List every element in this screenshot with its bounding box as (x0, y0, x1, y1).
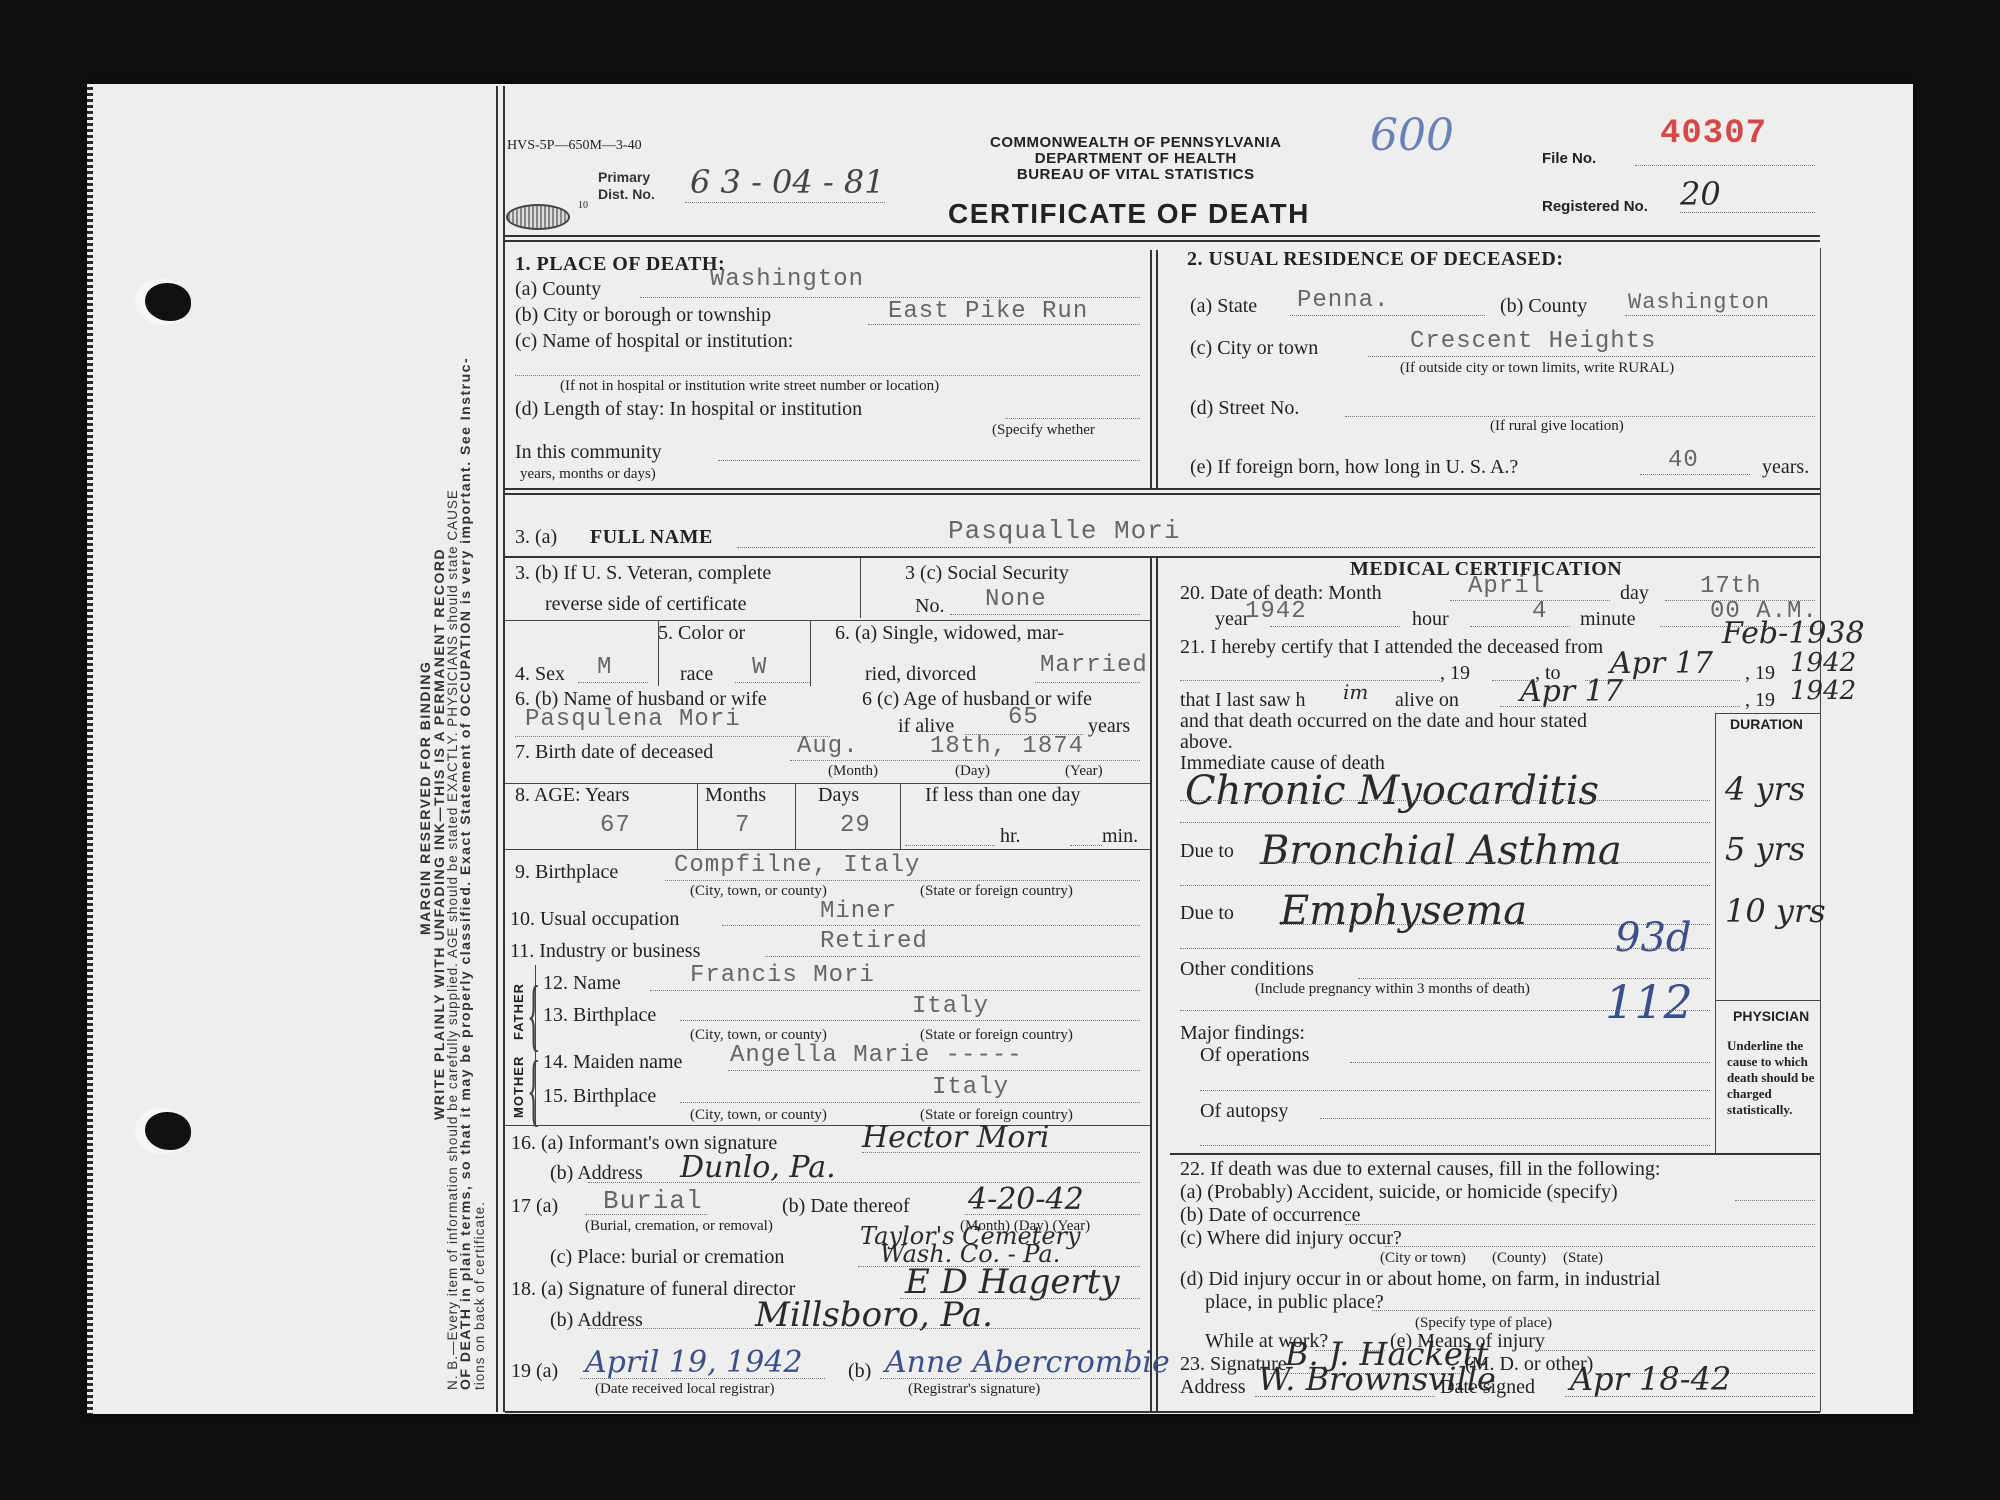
veteran-label-1: 3. (b) If U. S. Veteran, complete (515, 562, 771, 585)
less-day-label: If less than one day (925, 784, 1081, 807)
immediate-dots-2 (1180, 822, 1710, 823)
stay-dots (1005, 418, 1140, 419)
father-name-dots (650, 990, 1140, 991)
registered-no: 20 (1680, 175, 1721, 213)
birth-label: 7. Birth date of deceased (515, 741, 713, 764)
immediate-dots-1 (1180, 800, 1710, 801)
physician-note: Underline the cause to which death shoul… (1727, 1038, 1817, 1118)
occupation-value[interactable]: Miner (820, 898, 897, 925)
nineteen-label: , 19 (1440, 662, 1470, 685)
death-hour-label: hour (1412, 608, 1449, 631)
county-label: (a) County (515, 278, 601, 301)
registered-no-dots (1680, 212, 1815, 213)
race-divider (810, 620, 811, 686)
burial-date-dots (965, 1214, 1140, 1215)
res-city-label: (c) City or town (1190, 337, 1318, 360)
operations-dots-2 (1200, 1090, 1710, 1091)
mother-city-note: (City, town, or county) (690, 1107, 827, 1124)
birth-month-note: (Month) (828, 763, 878, 780)
due-to-1-dots (1260, 862, 1710, 863)
spouse-age-unit: years (1088, 715, 1130, 738)
date-signed-label: Date signed (1440, 1376, 1535, 1399)
form-right-border (1820, 248, 1821, 1412)
res-state-dots (1290, 315, 1485, 316)
autopsy-dots (1320, 1118, 1710, 1119)
burial-date[interactable]: 4-20-42 (968, 1182, 1084, 1217)
last-saw-dots (1500, 706, 1740, 707)
burial-date-label: (b) Date thereof (782, 1195, 910, 1218)
operations-dots (1350, 1062, 1710, 1063)
mother-name-label: 14. Maiden name (543, 1051, 682, 1074)
full-name-value[interactable]: Pasqualle Mori (948, 516, 1180, 546)
father-brace: { (527, 975, 540, 1055)
attended-to-19: , 19 (1745, 662, 1775, 685)
res-city-dots (1368, 356, 1815, 357)
primary-dist-dots (685, 202, 885, 203)
res-foreign-label: (e) If foreign born, how long in U. S. A… (1190, 456, 1518, 479)
birthplace-state-note: (State or foreign country) (920, 883, 1073, 900)
divider-top (1150, 250, 1158, 490)
last-saw-pronoun[interactable]: im (1343, 680, 1368, 704)
informant-sig-dots (862, 1152, 1140, 1153)
attended-to-year[interactable]: 1942 (1790, 648, 1856, 678)
place-of-death-heading: 1. PLACE OF DEATH: (515, 253, 725, 276)
registrar-date[interactable]: April 19, 1942 (585, 1345, 803, 1380)
mother-birthplace-label: 15. Birthplace (543, 1085, 656, 1108)
seal-number: 10 (578, 200, 588, 211)
operations-label: Of operations (1200, 1044, 1309, 1067)
birth-year-note: (Year) (1065, 763, 1103, 780)
alive-on-label: alive on (1395, 689, 1459, 712)
other-conditions-note: (Include pregnancy within 3 months of de… (1255, 981, 1530, 998)
mother-birthplace-dots (680, 1102, 1140, 1103)
external-a-dots (1735, 1200, 1815, 1201)
community-label: In this community (515, 441, 662, 464)
veteran-label-2: reverse side of certificate (545, 593, 747, 616)
disposition-note: (Burial, cremation, or removal) (585, 1218, 773, 1235)
external-c-label: (c) Where did injury occur? (1180, 1227, 1402, 1250)
due-to-1[interactable]: Bronchial Asthma (1260, 828, 1622, 874)
means-dots (1540, 1350, 1815, 1351)
certify-label: 21. I hereby certify that I attended the… (1180, 636, 1603, 659)
md-address-dots (1255, 1396, 1435, 1397)
ss-value[interactable]: None (985, 586, 1047, 613)
autopsy-dots-2 (1200, 1145, 1710, 1146)
registrar-label: 19 (a) (511, 1360, 558, 1383)
director-sig-label: 18. (a) Signature of funeral director (511, 1278, 795, 1301)
external-b-dots (1345, 1224, 1815, 1225)
perforated-edge (87, 84, 93, 1414)
due-to-2-duration[interactable]: 10 yrs (1725, 892, 1826, 930)
binding-hole-top (145, 283, 191, 321)
res-city-value[interactable]: Crescent Heights (1410, 328, 1656, 355)
res-county-label: (b) County (1500, 295, 1587, 318)
city-value[interactable]: East Pike Run (888, 298, 1088, 325)
father-birthplace-dots (680, 1020, 1140, 1021)
death-month[interactable]: April (1468, 573, 1545, 600)
res-street-label: (d) Street No. (1190, 397, 1299, 420)
occupation-label: 10. Usual occupation (510, 908, 679, 931)
death-minute-label: minute (1580, 608, 1636, 631)
immediate-duration[interactable]: 4 yrs (1725, 770, 1805, 808)
external-a-label: (a) (Probably) Accident, suicide, or hom… (1180, 1181, 1618, 1204)
birth-day-year[interactable]: 18th, 1874 (930, 733, 1084, 760)
min-label: min. (1102, 825, 1138, 848)
mother-name-value[interactable]: Angella Marie ----- (730, 1042, 1023, 1069)
sex-dots (578, 682, 648, 683)
date-signed-dots (1565, 1396, 1815, 1397)
death-year-dots (1270, 626, 1400, 627)
marital-value[interactable]: Married (1040, 652, 1148, 679)
duration-divider (1715, 713, 1716, 1153)
res-city-note: (If outside city or town limits, write R… (1400, 360, 1674, 377)
industry-value[interactable]: Retired (820, 928, 928, 955)
rule-informant (505, 1125, 1150, 1126)
death-day[interactable]: 17th (1700, 573, 1762, 600)
marital-label-1: 6. (a) Single, widowed, mar- (835, 622, 1064, 645)
due-to-1-duration[interactable]: 5 yrs (1725, 830, 1805, 868)
handwritten-600: 600 (1370, 110, 1454, 161)
header-rule (505, 235, 1820, 242)
burial-place-label: (c) Place: burial or cremation (550, 1246, 784, 1269)
ss-dots (950, 614, 1140, 615)
registrar-signature[interactable]: Anne Abercrombie (885, 1345, 1170, 1380)
death-year[interactable]: 1942 (1245, 598, 1307, 625)
last-saw-date[interactable]: Apr 17 (1520, 674, 1623, 709)
informant-address[interactable]: Dunlo, Pa. (680, 1150, 836, 1185)
last-saw-year[interactable]: 1942 (1790, 676, 1856, 706)
page-title: CERTIFICATE OF DEATH (948, 198, 1310, 230)
autopsy-label: Of autopsy (1200, 1100, 1288, 1123)
age-months-label: Months (705, 784, 766, 807)
external-b-label: (b) Date of occurrence (1180, 1204, 1360, 1227)
registrar-sig-label: (b) (848, 1360, 871, 1383)
age-days-label: Days (818, 784, 859, 807)
birthplace-dots (665, 880, 1140, 881)
birth-dots (790, 760, 1140, 761)
sex-label: 4. Sex (515, 663, 565, 686)
last-saw-label: that I last saw h (1180, 689, 1306, 712)
disposition-value[interactable]: Burial (603, 1186, 703, 1216)
mother-birthplace-value[interactable]: Italy (932, 1074, 1009, 1101)
full-name-label-num: 3. (a) (515, 526, 557, 549)
father-name-value[interactable]: Francis Mori (690, 962, 875, 989)
death-hour-dots (1470, 626, 1570, 627)
findings-label: Major findings: (1180, 1022, 1305, 1045)
due-to-2[interactable]: Emphysema (1280, 888, 1527, 934)
birthplace-value[interactable]: Compfilne, Italy (674, 852, 920, 879)
form-bottom-border (505, 1411, 1820, 1413)
spouse-age-label-1: 6 (c) Age of husband or wife (862, 688, 1092, 711)
age-divider-2 (795, 783, 796, 849)
physician-heading: PHYSICIAN (1733, 1008, 1809, 1024)
birth-day-note: (Day) (955, 763, 990, 780)
divider-main (1150, 556, 1158, 1412)
agency-header: COMMONWEALTH OF PENNSYLVANIA DEPARTMENT … (990, 135, 1282, 183)
file-no-label: File No. (1542, 150, 1596, 167)
code-93d: 93d (1615, 915, 1692, 961)
external-d-label-1: (d) Did injury occur in or about home, o… (1180, 1268, 1660, 1291)
section-rule-1 (505, 488, 1820, 495)
file-no-dots (1635, 165, 1815, 166)
occurred-label: and that death occurred on the date and … (1180, 710, 1587, 733)
registrar-date-dots (580, 1378, 825, 1379)
age-years[interactable]: 67 (600, 812, 631, 839)
external-rule (1170, 1153, 1820, 1155)
sex-divider (658, 620, 659, 686)
death-month-dots (1450, 600, 1610, 601)
age-days[interactable]: 29 (840, 812, 871, 839)
sex-value[interactable]: M (597, 654, 612, 681)
res-foreign-years[interactable]: 40 (1668, 447, 1699, 474)
md-address-label: Address (1180, 1376, 1246, 1399)
registrar-sig-dots (880, 1378, 1140, 1379)
disposition-label: 17 (a) (511, 1195, 558, 1218)
mother-brace: { (527, 1050, 540, 1130)
community-dots (718, 460, 1140, 461)
death-hour[interactable]: 4 (1532, 598, 1547, 625)
external-c-city-note: (City or town) (1380, 1250, 1466, 1267)
res-state-label: (a) State (1190, 295, 1257, 318)
marital-dots (1035, 682, 1140, 683)
father-name-label: 12. Name (543, 972, 621, 995)
county-value[interactable]: Washington (710, 266, 864, 293)
stay-note: (Specify whether (992, 422, 1095, 439)
seal-icon (506, 204, 570, 230)
immediate-cause[interactable]: Chronic Myocarditis (1185, 768, 1599, 814)
attended-from[interactable]: Feb-1938 (1722, 616, 1865, 651)
external-c-county-note: (County) (1492, 1250, 1546, 1267)
director-address[interactable]: Millsboro, Pa. (755, 1295, 993, 1335)
ss-label-1: 3 (c) Social Security (905, 562, 1069, 585)
hospital-dots (515, 375, 1140, 376)
father-birthplace-label: 13. Birthplace (543, 1004, 656, 1027)
duration-heading: DURATION (1730, 716, 1803, 732)
age-months[interactable]: 7 (735, 812, 750, 839)
race-value[interactable]: W (752, 654, 767, 681)
mother-name-dots (728, 1070, 1140, 1071)
section-rule-2 (505, 556, 1820, 558)
city-label: (b) City or borough or township (515, 304, 771, 327)
res-foreign-dots (1640, 474, 1750, 475)
other-conditions-label: Other conditions (1180, 958, 1314, 981)
age-divider-3 (900, 783, 901, 849)
full-name-label: FULL NAME (590, 526, 713, 549)
res-street-dots (1345, 416, 1815, 417)
form-code: HVS-5P—650M—3-40 (507, 138, 642, 154)
form-left-border (496, 86, 505, 1412)
father-birthplace-value[interactable]: Italy (912, 993, 989, 1020)
veteran-divider (860, 558, 861, 618)
occupation-dots (722, 925, 1140, 926)
informant-signature[interactable]: Hector Mori (862, 1120, 1049, 1155)
age-label: 8. AGE: Years (515, 784, 629, 807)
residence-heading: 2. USUAL RESIDENCE OF DECEASED: (1187, 248, 1564, 271)
hospital-note: (If not in hospital or institution write… (560, 378, 939, 395)
ss-label-2: No. (915, 595, 944, 618)
margin-line-instructions: tions on back of certificate. (472, 1201, 487, 1390)
above-label: above. (1180, 731, 1233, 754)
last-saw-19: , 19 (1745, 689, 1775, 712)
date-signed[interactable]: Apr 18-42 (1570, 1360, 1731, 1398)
registered-no-label: Registered No. (1542, 198, 1648, 215)
birthplace-city-note: (City, town, or county) (690, 883, 827, 900)
hospital-label: (c) Name of hospital or institution: (515, 330, 793, 353)
industry-dots (765, 956, 1140, 957)
spouse-age-value[interactable]: 65 (1008, 704, 1039, 731)
min-dots (1070, 845, 1102, 846)
birth-month[interactable]: Aug. (797, 733, 859, 760)
res-county-dots (1625, 315, 1815, 316)
other-dots-2 (1180, 1010, 1710, 1011)
res-street-note: (If rural give location) (1490, 418, 1624, 435)
age-divider-1 (697, 783, 698, 849)
binding-hole-bottom (145, 1112, 191, 1150)
attended-from-dots (1180, 680, 1440, 681)
race-dots (735, 682, 810, 683)
registrar-date-note: (Date received local registrar) (595, 1381, 774, 1398)
death-day-label: day (1620, 582, 1649, 605)
physician-top (1715, 1000, 1820, 1001)
due-to-1-dots-2 (1180, 885, 1710, 886)
race-label: race (680, 663, 713, 686)
due-to-2-dots-2 (1180, 948, 1710, 949)
rule-sex (505, 620, 1150, 621)
city-dots (868, 324, 1140, 325)
res-county-value[interactable]: Washington (1628, 290, 1770, 315)
rule-birthplace (505, 849, 1150, 850)
file-no: 40307 (1660, 115, 1767, 153)
external-d-label-2: place, in public place? (1205, 1291, 1384, 1314)
external-c-dots (1385, 1246, 1815, 1247)
mother-side-label: MOTHER (511, 1056, 526, 1118)
attended-to[interactable]: Apr 17 (1610, 646, 1713, 681)
full-name-dots (737, 547, 1815, 548)
margin-line-cause: OF DEATH in plain terms, so that it may … (458, 357, 473, 1390)
due-to-1-label: Due to (1180, 840, 1234, 863)
primary-dist-label: PrimaryDist. No. (598, 169, 655, 203)
spouse-value[interactable]: Pasqulena Mori (525, 706, 741, 733)
external-heading: 22. If death was due to external causes,… (1180, 1158, 1660, 1181)
duration-top (1715, 713, 1820, 714)
external-c-state-note: (State) (1563, 1250, 1603, 1267)
marital-label-2: ried, divorced (865, 663, 976, 686)
disposition-dots (585, 1214, 707, 1215)
res-years-label: years. (1762, 456, 1809, 479)
color-label-1: 5. Color or (658, 622, 745, 645)
hr-dots (905, 845, 995, 846)
industry-label: 11. Industry or business (510, 940, 700, 963)
code-112: 112 (1605, 975, 1693, 1029)
res-state-value[interactable]: Penna. (1297, 287, 1389, 314)
community-note: years, months or days) (520, 466, 656, 483)
father-side-label: FATHER (511, 983, 526, 1040)
primary-dist-no: 6 3 - 04 - 81 (690, 163, 885, 201)
external-d-dots (1372, 1310, 1815, 1311)
hr-label: hr. (1000, 825, 1021, 848)
stay-label: (d) Length of stay: In hospital or insti… (515, 398, 862, 421)
parents-divider (535, 965, 536, 1125)
spouse-dots (515, 736, 830, 737)
birthplace-label: 9. Birthplace (515, 861, 618, 884)
registrar-sig-note: (Registrar's signature) (908, 1381, 1040, 1398)
due-to-2-label: Due to (1180, 902, 1234, 925)
director-address-dots (588, 1328, 1140, 1329)
